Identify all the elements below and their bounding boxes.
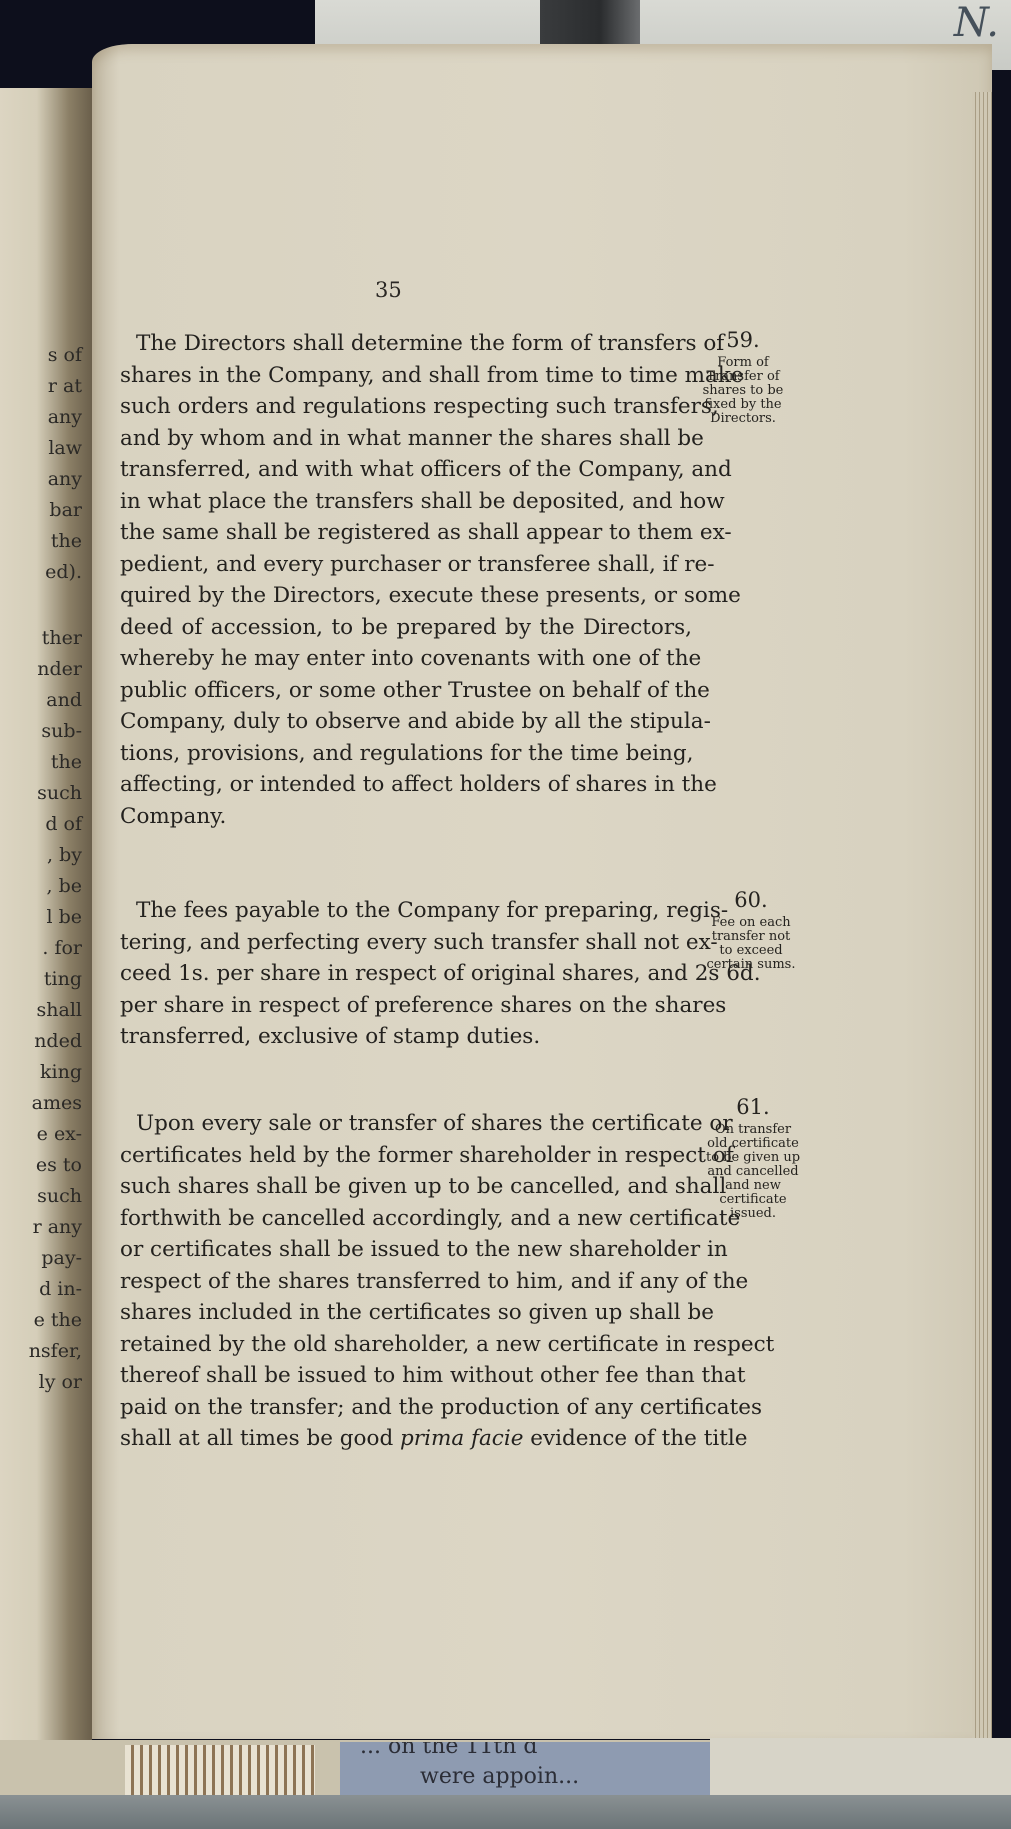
text-line: in what place the transfers shall be dep…: [120, 486, 692, 518]
margin-note-59: 59. Form ofTransfer ofshares to befixed …: [678, 328, 808, 426]
margin-note-line: issued.: [688, 1207, 818, 1221]
book-page: [92, 44, 992, 1739]
bottom-right-paper: [710, 1738, 1011, 1796]
left-page-text-fragment: , by: [47, 840, 82, 871]
text-line: The Directors shall determine the form o…: [120, 328, 692, 360]
margin-note-line: to exceed: [686, 944, 816, 958]
section-number: 59.: [678, 328, 808, 352]
left-page-text-fragment: r at: [48, 371, 82, 402]
left-page-text-fragment: law: [48, 433, 82, 464]
left-page-text-fragment: shall: [37, 995, 82, 1026]
text-line: such orders and regulations respecting s…: [120, 391, 692, 423]
text-line: respect of the shares transferred to him…: [120, 1266, 692, 1298]
left-page-text-fragment: pay-: [41, 1243, 82, 1274]
page-stack: [125, 1745, 315, 1800]
left-page-text-fragment: and: [46, 685, 82, 716]
left-page-text-fragment: l be: [46, 902, 82, 933]
page-edges: [972, 92, 992, 1782]
text-line: public officers, or some other Trustee o…: [120, 675, 692, 707]
left-page-text-fragment: e the: [34, 1305, 82, 1336]
margin-note-line: Form of: [678, 356, 808, 370]
text-line: whereby he may enter into covenants with…: [120, 643, 692, 675]
text-line: quired by the Directors, execute these p…: [120, 580, 692, 612]
text-line: Upon every sale or transfer of shares th…: [120, 1108, 692, 1140]
italic-phrase: prima facie: [400, 1426, 523, 1451]
underlying-text-line-1: ... on the 11th d: [360, 1742, 537, 1759]
section-60-text: The fees payable to the Company for prep…: [120, 895, 692, 1053]
text-line: shares in the Company, and shall from ti…: [120, 360, 692, 392]
margin-note-line: Directors.: [678, 412, 808, 426]
text-line: per share in respect of preference share…: [120, 990, 692, 1022]
section-61-text: Upon every sale or transfer of shares th…: [120, 1108, 692, 1455]
left-page-text-fragment: e ex-: [37, 1119, 82, 1150]
underlying-text-line-2: were appoin...: [420, 1764, 579, 1789]
margin-note-text: On transferold certificateto be given up…: [688, 1123, 818, 1221]
section-number: 61.: [688, 1095, 818, 1119]
margin-note-line: On transfer: [688, 1123, 818, 1137]
left-page-text-fragment: king: [40, 1057, 82, 1088]
margin-note-line: old certificate: [688, 1137, 818, 1151]
text-line: transferred, and with what officers of t…: [120, 454, 692, 486]
text-line: the same shall be registered as shall ap…: [120, 517, 692, 549]
text-line: or certificates shall be issued to the n…: [120, 1234, 692, 1266]
left-page-text-fragment: ther: [42, 623, 82, 654]
margin-note-line: Fee on each: [686, 916, 816, 930]
left-page-text-fragment: , be: [47, 871, 83, 902]
margin-note-text: Fee on eachtransfer notto exceedcertain …: [686, 916, 816, 972]
text-line: shall at all times be good prima facie e…: [120, 1423, 692, 1455]
margin-note-line: and cancelled: [688, 1165, 818, 1179]
left-page-text-fragment: d of: [45, 809, 82, 840]
text-line: Company.: [120, 801, 692, 833]
text-line: ceed 1s. per share in respect of origina…: [120, 958, 692, 990]
margin-note-61: 61. On transferold certificateto be give…: [688, 1095, 818, 1221]
left-page-text-fragment: any: [48, 464, 82, 495]
margin-note-line: to be given up: [688, 1151, 818, 1165]
text-line: tions, provisions, and regulations for t…: [120, 738, 692, 770]
left-page-text-fragment: es to: [36, 1150, 82, 1181]
margin-note-line: shares to be: [678, 384, 808, 398]
text-line: forthwith be cancelled accordingly, and …: [120, 1203, 692, 1235]
text-line: deed of accession, to be prepared by the…: [120, 612, 692, 644]
left-page-text-fragment: such: [37, 1181, 82, 1212]
left-page-text-fragment: nsfer,: [29, 1336, 82, 1367]
left-page-text-fragment: ed).: [45, 557, 82, 588]
left-page-text-fragment: such: [37, 778, 82, 809]
text-line: retained by the old shareholder, a new c…: [120, 1329, 692, 1361]
text-line: such shares shall be given up to be canc…: [120, 1171, 692, 1203]
text-line: certificates held by the former sharehol…: [120, 1140, 692, 1172]
left-page-text-fragment: the: [51, 747, 82, 778]
left-page-text-fragment: any: [48, 402, 82, 433]
left-page-text-fragment: ting: [44, 964, 82, 995]
left-page-fragment: s ofr atanylawanybartheed).thernderandsu…: [0, 88, 92, 1748]
margin-note-line: fixed by the: [678, 398, 808, 412]
margin-note-text: Form ofTransfer ofshares to befixed by t…: [678, 356, 808, 426]
underlying-paper: ... on the 11th d were appoin...: [340, 1742, 710, 1797]
page-number: 35: [375, 278, 402, 302]
left-page-text-fragment: nder: [37, 654, 82, 685]
left-page-text-fragment: sub-: [41, 716, 82, 747]
text-line: tering, and perfecting every such transf…: [120, 927, 692, 959]
ink-mark: N.: [954, 0, 999, 46]
left-page-text-fragment: s of: [48, 340, 82, 371]
left-page-text-fragment: ames: [32, 1088, 82, 1119]
margin-note-line: certain sums.: [686, 958, 816, 972]
text-line: thereof shall be issued to him without o…: [120, 1360, 692, 1392]
margin-note-line: and new: [688, 1179, 818, 1193]
margin-note-line: transfer not: [686, 930, 816, 944]
text-line: pedient, and every purchaser or transfer…: [120, 549, 692, 581]
text-line: paid on the transfer; and the production…: [120, 1392, 692, 1424]
left-page-text-fragment: d in-: [39, 1274, 82, 1305]
text-line: The fees payable to the Company for prep…: [120, 895, 692, 927]
text-line: transferred, exclusive of stamp duties.: [120, 1021, 692, 1053]
margin-note-line: certificate: [688, 1193, 818, 1207]
section-59-text: The Directors shall determine the form o…: [120, 328, 692, 832]
text-line: Company, duly to observe and abide by al…: [120, 706, 692, 738]
margin-note-60: 60. Fee on eachtransfer notto exceedcert…: [686, 888, 816, 972]
left-page-text-fragment: the: [51, 526, 82, 557]
left-page-text-fragment: ly or: [39, 1367, 82, 1398]
text-line: affecting, or intended to affect holders…: [120, 769, 692, 801]
left-page-text-fragment: nded: [34, 1026, 82, 1057]
scanner-glass: [0, 1795, 1011, 1829]
left-page-text-fragment: r any: [33, 1212, 82, 1243]
text-line: shares included in the certificates so g…: [120, 1297, 692, 1329]
left-page-text-fragment: . for: [42, 933, 82, 964]
section-number: 60.: [686, 888, 816, 912]
left-page-text-fragment: bar: [49, 495, 82, 526]
margin-note-line: Transfer of: [678, 370, 808, 384]
text-line: and by whom and in what manner the share…: [120, 423, 692, 455]
